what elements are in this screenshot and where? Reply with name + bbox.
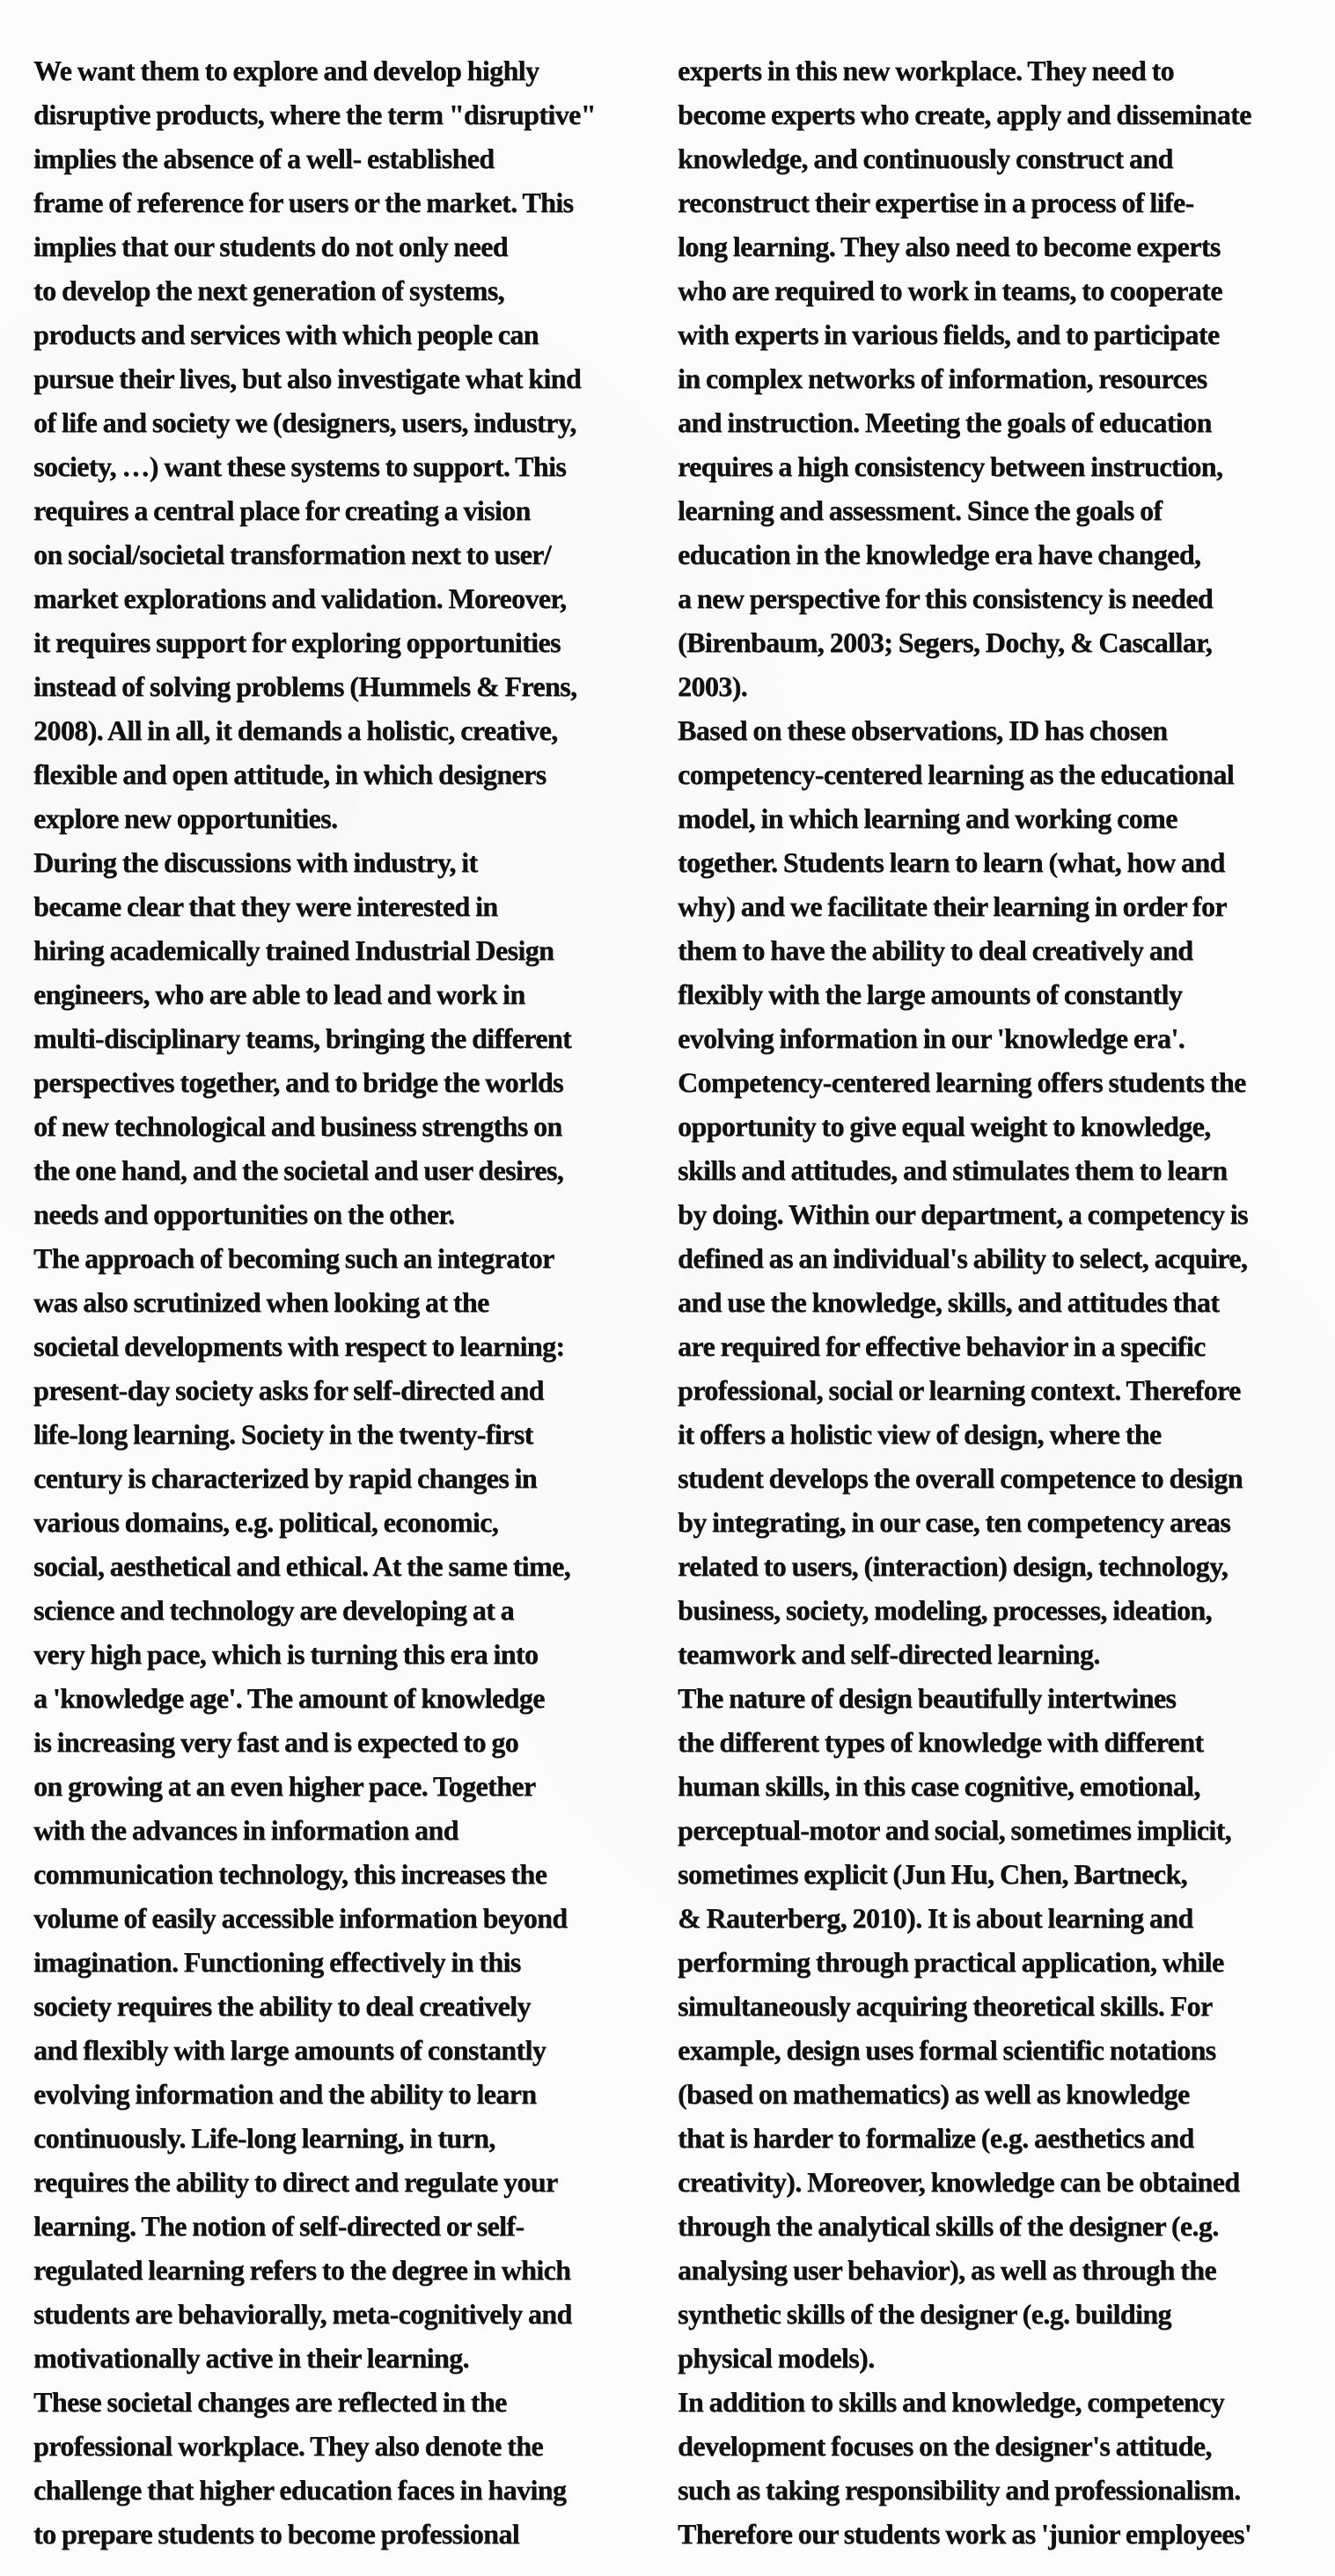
text-line: the different types of knowledge with di… (678, 1720, 1333, 1764)
text-line: challenge that higher education faces in… (33, 2468, 689, 2512)
text-line: to develop the next generation of system… (33, 268, 689, 312)
text-line: them to have the ability to deal creativ… (678, 928, 1333, 972)
text-line: (Birenbaum, 2003; Segers, Dochy, & Casca… (678, 620, 1333, 664)
text-line: The nature of design beautifully intertw… (678, 1676, 1333, 1720)
text-line: motivationally active in their learning. (33, 2336, 689, 2380)
text-line: why) and we facilitate their learning in… (678, 884, 1333, 928)
text-line: development focuses on the designer's at… (678, 2424, 1333, 2468)
text-line: 2003). (678, 664, 1333, 708)
text-line: life-long learning. Society in the twent… (33, 1412, 689, 1456)
text-line: example, design uses formal scientific n… (678, 2028, 1333, 2072)
text-line: business, society, modeling, processes, … (678, 1588, 1333, 1632)
text-line: explore new opportunities. (33, 796, 689, 840)
text-line: Therefore our students work as 'junior e… (678, 2512, 1333, 2556)
text-line: competency-centered learning as the educ… (678, 752, 1333, 796)
text-line: became clear that they were interested i… (33, 884, 689, 928)
text-line: student develops the overall competence … (678, 1456, 1333, 1500)
text-line: was also scrutinized when looking at the (33, 1280, 689, 1324)
text-line: implies that our students do not only ne… (33, 224, 689, 268)
text-line: together. Students learn to learn (what,… (678, 840, 1333, 884)
text-line: We want them to explore and develop high… (33, 48, 689, 92)
text-line: of life and society we (designers, users… (33, 400, 689, 444)
text-line: science and technology are developing at… (33, 1588, 689, 1632)
text-line: These societal changes are reflected in … (33, 2380, 689, 2424)
text-line: reconstruct their expertise in a process… (678, 180, 1333, 224)
text-line: During the discussions with industry, it (33, 840, 689, 884)
text-line: 2008). All in all, it demands a holistic… (33, 708, 689, 752)
text-line: is increasing very fast and is expected … (33, 1720, 689, 1764)
text-line: a 'knowledge age'. The amount of knowled… (33, 1676, 689, 1720)
text-line: model, in which learning and working com… (678, 796, 1333, 840)
text-line: Based on these observations, ID has chos… (678, 708, 1333, 752)
text-line: in complex networks of information, reso… (678, 356, 1333, 400)
text-line: multi-disciplinary teams, bringing the d… (33, 1016, 689, 1060)
text-line: requires a central place for creating a … (33, 488, 689, 532)
text-line: communication technology, this increases… (33, 1852, 689, 1896)
text-line: imagination. Functioning effectively in … (33, 1940, 689, 1984)
text-line: implies the absence of a well- establish… (33, 136, 689, 180)
text-line: present-day society asks for self-direct… (33, 1368, 689, 1412)
text-line: hiring academically trained Industrial D… (33, 928, 689, 972)
document-page: We want them to explore and develop high… (0, 0, 1335, 2576)
text-line: that is harder to formalize (e.g. aesthe… (678, 2116, 1333, 2160)
text-line: skills and attitudes, and stimulates the… (678, 1148, 1333, 1192)
text-line: analysing user behavior), as well as thr… (678, 2248, 1333, 2292)
text-line: to prepare students to become profession… (33, 2512, 689, 2556)
text-line: it requires support for exploring opport… (33, 620, 689, 664)
text-line: (based on mathematics) as well as knowle… (678, 2072, 1333, 2116)
text-line: pursue their lives, but also investigate… (33, 356, 689, 400)
text-line: and flexibly with large amounts of const… (33, 2028, 689, 2072)
text-line: very high pace, which is turning this er… (33, 1632, 689, 1676)
text-line: with experts in various fields, and to p… (678, 312, 1333, 356)
text-line: sometimes explicit (Jun Hu, Chen, Bartne… (678, 1852, 1333, 1896)
right-text-column: experts in this new workplace. They need… (678, 48, 1333, 2556)
text-line: frame of reference for users or the mark… (33, 180, 689, 224)
text-line: are required for effective behavior in a… (678, 1324, 1333, 1368)
text-line: physical models). (678, 2336, 1333, 2380)
text-line: volume of easily accessible information … (33, 1896, 689, 1940)
text-line: perspectives together, and to bridge the… (33, 1060, 689, 1104)
text-line: various domains, e.g. political, economi… (33, 1500, 689, 1544)
text-line: flexibly with the large amounts of const… (678, 972, 1333, 1016)
text-line: by integrating, in our case, ten compete… (678, 1500, 1333, 1544)
text-line: society, …) want these systems to suppor… (33, 444, 689, 488)
text-line: requires a high consistency between inst… (678, 444, 1333, 488)
text-line: human skills, in this case cognitive, em… (678, 1764, 1333, 1808)
text-line: who are required to work in teams, to co… (678, 268, 1333, 312)
text-line: education in the knowledge era have chan… (678, 532, 1333, 576)
text-line: long learning. They also need to become … (678, 224, 1333, 268)
text-line: related to users, (interaction) design, … (678, 1544, 1333, 1588)
text-line: on social/societal transformation next t… (33, 532, 689, 576)
text-line: of new technological and business streng… (33, 1104, 689, 1148)
text-line: and instruction. Meeting the goals of ed… (678, 400, 1333, 444)
text-line: In addition to skills and knowledge, com… (678, 2380, 1333, 2424)
text-line: teamwork and self-directed learning. (678, 1632, 1333, 1676)
text-line: professional workplace. They also denote… (33, 2424, 689, 2468)
text-line: and use the knowledge, skills, and attit… (678, 1280, 1333, 1324)
left-text-column: We want them to explore and develop high… (33, 48, 689, 2556)
text-line: through the analytical skills of the des… (678, 2204, 1333, 2248)
text-line: needs and opportunities on the other. (33, 1192, 689, 1236)
text-line: it offers a holistic view of design, whe… (678, 1412, 1333, 1456)
text-line: society requires the ability to deal cre… (33, 1984, 689, 2028)
text-line: creativity). Moreover, knowledge can be … (678, 2160, 1333, 2204)
text-line: continuously. Life-long learning, in tur… (33, 2116, 689, 2160)
text-line: perceptual-motor and social, sometimes i… (678, 1808, 1333, 1852)
text-line: learning. The notion of self-directed or… (33, 2204, 689, 2248)
text-line: The approach of becoming such an integra… (33, 1236, 689, 1280)
text-line: knowledge, and continuously construct an… (678, 136, 1333, 180)
text-line: regulated learning refers to the degree … (33, 2248, 689, 2292)
text-line: such as taking responsibility and profes… (678, 2468, 1333, 2512)
text-line: professional, social or learning context… (678, 1368, 1333, 1412)
text-line: experts in this new workplace. They need… (678, 48, 1333, 92)
text-line: products and services with which people … (33, 312, 689, 356)
text-line: societal developments with respect to le… (33, 1324, 689, 1368)
text-line: by doing. Within our department, a compe… (678, 1192, 1333, 1236)
text-line: disruptive products, where the term "dis… (33, 92, 689, 136)
text-line: a new perspective for this consistency i… (678, 576, 1333, 620)
text-line: evolving information in our 'knowledge e… (678, 1016, 1333, 1060)
text-line: social, aesthetical and ethical. At the … (33, 1544, 689, 1588)
text-line: market explorations and validation. More… (33, 576, 689, 620)
text-line: defined as an individual's ability to se… (678, 1236, 1333, 1280)
text-line: the one hand, and the societal and user … (33, 1148, 689, 1192)
text-line: requires the ability to direct and regul… (33, 2160, 689, 2204)
text-line: performing through practical application… (678, 1940, 1333, 1984)
text-line: simultaneously acquiring theoretical ski… (678, 1984, 1333, 2028)
text-line: opportunity to give equal weight to know… (678, 1104, 1333, 1148)
text-line: flexible and open attitude, in which des… (33, 752, 689, 796)
text-line: Competency-centered learning offers stud… (678, 1060, 1333, 1104)
text-line: students are behaviorally, meta-cognitiv… (33, 2292, 689, 2336)
text-line: learning and assessment. Since the goals… (678, 488, 1333, 532)
text-line: become experts who create, apply and dis… (678, 92, 1333, 136)
text-line: with the advances in information and (33, 1808, 689, 1852)
text-line: instead of solving problems (Hummels & F… (33, 664, 689, 708)
text-line: on growing at an even higher pace. Toget… (33, 1764, 689, 1808)
text-line: synthetic skills of the designer (e.g. b… (678, 2292, 1333, 2336)
text-line: engineers, who are able to lead and work… (33, 972, 689, 1016)
text-line: century is characterized by rapid change… (33, 1456, 689, 1500)
text-line: & Rauterberg, 2010). It is about learnin… (678, 1896, 1333, 1940)
text-line: evolving information and the ability to … (33, 2072, 689, 2116)
